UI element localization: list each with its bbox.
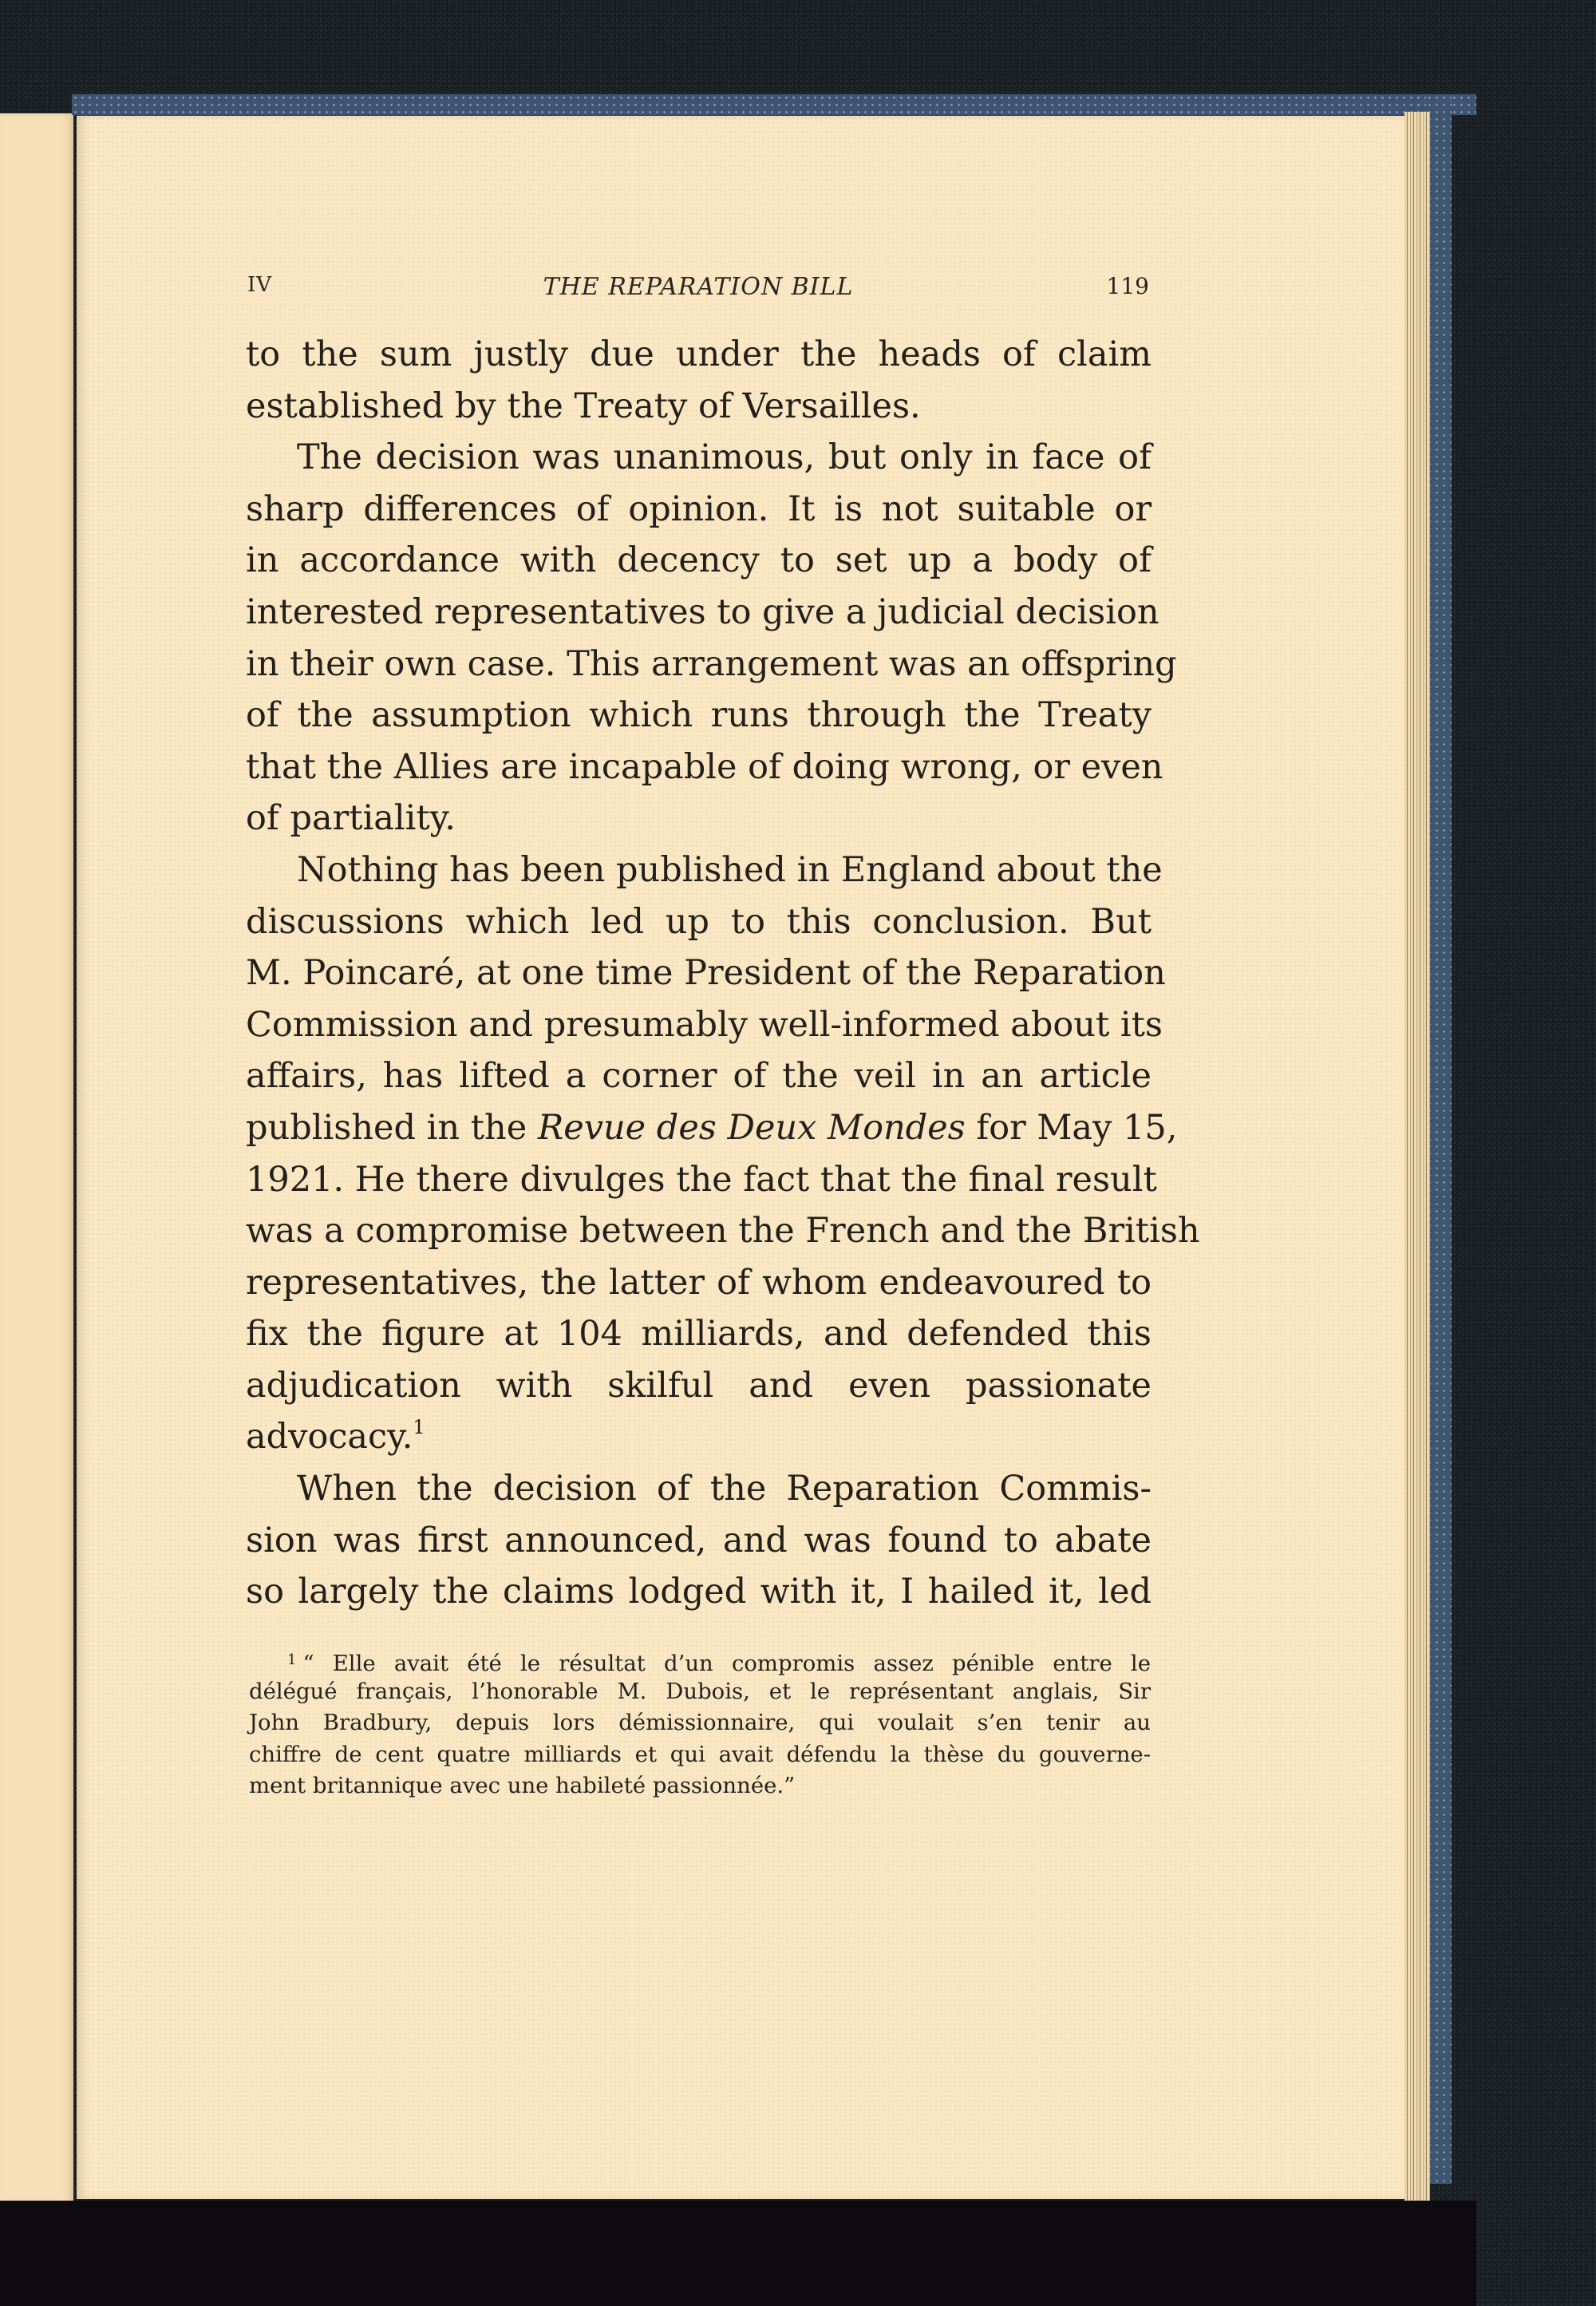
footnote: 1“ Elle avait été le résultat d’un compr…: [249, 1644, 1151, 1802]
text-line: in accordance with decency to set up a b…: [246, 535, 1152, 587]
footnote-line: chiffre de cent quatre milliards et qui …: [249, 1739, 1151, 1771]
text-line: Commission and presumably well-informed …: [246, 999, 1152, 1051]
text-line: was a compromise between the French and …: [246, 1205, 1152, 1257]
text-fragment: advocacy.: [246, 1417, 413, 1457]
journal-title: Revue des Deux Mondes: [538, 1108, 966, 1148]
shadow-below-book: [0, 2201, 1476, 2306]
text-line: affairs, has lifted a corner of the veil…: [246, 1050, 1152, 1102]
text-line: of the assumption which runs through the…: [246, 690, 1152, 742]
text-fragment: “ Elle avait été le résultat d’un compro…: [302, 1651, 1151, 1676]
text-line: sion was first announced, and was found …: [246, 1515, 1152, 1567]
book-cover-top-edge: [72, 94, 1476, 115]
text-line: The decision was unanimous, but only in …: [246, 432, 1152, 484]
body-text: to the sum justly due under the heads of…: [246, 329, 1152, 1618]
text-line: in their own case. This arrangement was …: [246, 639, 1152, 690]
text-line: When the decision of the Reparation Comm…: [246, 1463, 1152, 1515]
running-title: THE REPARATION BILL: [247, 273, 1149, 301]
text-line-with-journal-title: published in the Revue des Deux Mondes f…: [246, 1102, 1152, 1154]
text-line: interested representatives to give a jud…: [246, 587, 1152, 639]
text-line: sharp differences of opinion. It is not …: [246, 484, 1152, 536]
text-line: established by the Treaty of Versailles.: [246, 381, 1152, 433]
text-fragment: for May 15,: [976, 1108, 1177, 1148]
footnote-marker: 1: [287, 1651, 296, 1668]
text-line-with-footnote-ref: advocacy.1: [246, 1411, 1152, 1463]
text-fragment: published in the: [246, 1108, 527, 1148]
text-line: that the Allies are incapable of doing w…: [246, 742, 1152, 793]
page-number: 119: [1107, 273, 1149, 299]
footnote-line: 1“ Elle avait été le résultat d’un compr…: [249, 1644, 1151, 1676]
text-line: of partiality.: [246, 793, 1152, 844]
text-line: representatives, the latter of whom ende…: [246, 1257, 1152, 1309]
footnote-line: John Bradbury, depuis lors démissionnair…: [249, 1707, 1151, 1739]
text-line: M. Poincaré, at one time President of th…: [246, 947, 1152, 999]
text-line: adjudication with skilful and even passi…: [246, 1360, 1152, 1412]
running-head: IV THE REPARATION BILL 119: [247, 273, 1149, 305]
page-edges-stack: [1404, 112, 1430, 2203]
text-line: so largely the claims lodged with it, I …: [246, 1566, 1152, 1618]
text-line: to the sum justly due under the heads of…: [246, 329, 1152, 381]
left-page-edge: [0, 113, 73, 2205]
text-line: discussions which led up to this conclus…: [246, 896, 1152, 948]
text-line: Nothing has been published in England ab…: [246, 844, 1152, 896]
footnote-line: ment britannique avec une habileté passi…: [249, 1770, 1151, 1802]
footnote-reference[interactable]: 1: [413, 1416, 425, 1438]
text-line: 1921. He there divulges the fact that th…: [246, 1154, 1152, 1206]
text-line: fix the figure at 104 milliards, and def…: [246, 1308, 1152, 1360]
footnote-line: délégué français, l’honorable M. Dubois,…: [249, 1676, 1151, 1708]
